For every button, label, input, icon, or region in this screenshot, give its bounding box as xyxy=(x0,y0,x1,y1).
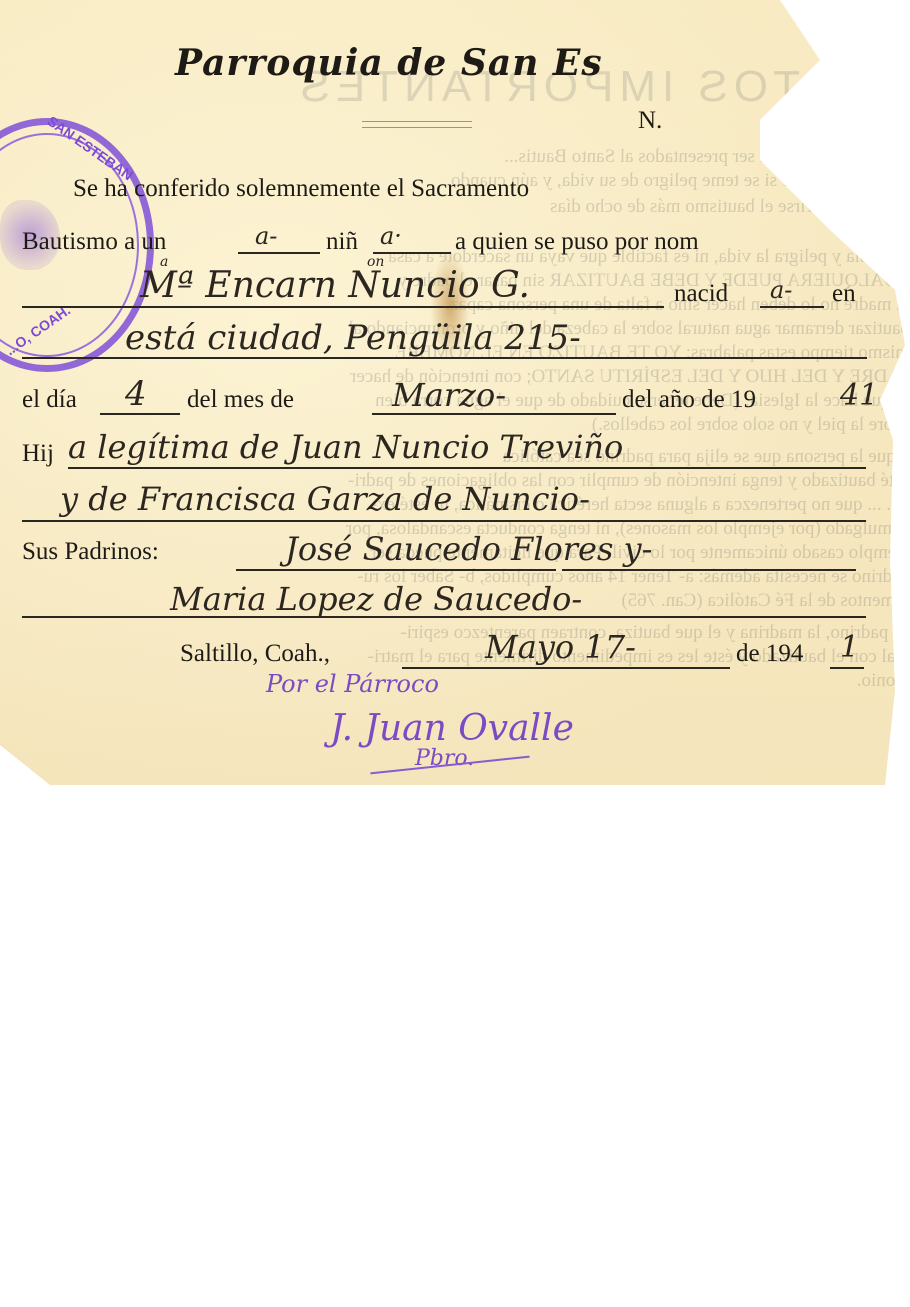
baptism-prefix: Bautismo a un xyxy=(22,228,166,256)
fill-line xyxy=(760,306,824,308)
certificate-number-label: N. xyxy=(638,107,662,135)
name-label: a quien se puso por nom xyxy=(455,228,699,256)
fill-line xyxy=(402,667,730,669)
born-in-label: en xyxy=(832,280,856,308)
header-divider xyxy=(362,121,472,128)
gender-fill-2: a· xyxy=(380,222,402,250)
godparents-label: Sus Padrinos: xyxy=(22,538,159,566)
month-label: del mes de xyxy=(187,386,294,414)
born-label: nacid xyxy=(674,280,728,308)
godparent-1: José Saucedo Flores y- xyxy=(285,530,652,568)
signature-on-behalf: Por el Párroco xyxy=(266,670,439,698)
fill-line xyxy=(373,252,451,254)
birth-day: 4 xyxy=(125,374,147,414)
show-through-line: ...ién nacidos deben ser presentados al … xyxy=(0,146,910,168)
child-name: Mª Encarn Nuncio G. xyxy=(140,265,530,306)
birth-month: Marzo- xyxy=(392,376,506,414)
parish-title: Parroquia de San Es xyxy=(175,42,603,84)
issue-year-suffix: 1 xyxy=(840,630,859,665)
year-label: del año de 19 xyxy=(622,386,756,414)
fill-line xyxy=(236,569,556,571)
fill-line xyxy=(22,357,867,359)
fill-line xyxy=(68,467,866,469)
issue-year-prefix: de 194 xyxy=(736,640,803,668)
certificate-paper: DATOS IMPORTANTES ...ién nacidos deben s… xyxy=(0,0,910,800)
sacrament-line: Se ha conferido solemnemente el Sacramen… xyxy=(73,175,529,203)
fill-line xyxy=(22,616,866,618)
issue-place: Saltillo, Coah., xyxy=(180,640,330,668)
fill-line xyxy=(238,252,320,254)
gender-fill-1: a- xyxy=(255,222,277,250)
birth-year-suffix: 41 xyxy=(840,378,878,413)
parents-line-2: y de Francisca Garza de Nuncio- xyxy=(60,480,590,518)
child-label: niñ xyxy=(326,228,358,256)
fill-line xyxy=(22,520,866,522)
fill-line xyxy=(22,306,664,308)
fill-line xyxy=(562,569,856,571)
child-of-label: Hij xyxy=(22,440,54,468)
birth-place: está ciudad, Pengüila 215- xyxy=(125,318,581,358)
born-gender-fill: a- xyxy=(770,276,792,304)
day-label: el día xyxy=(22,386,77,414)
issue-date: Mayo 17- xyxy=(485,628,636,666)
show-through-line: monio. xyxy=(0,670,910,692)
priest-signature: J. Juan Ovalle xyxy=(330,708,574,749)
fill-line xyxy=(830,667,864,669)
godparent-2: Maria Lopez de Saucedo- xyxy=(170,580,582,618)
parents-line-1: a legítima de Juan Nuncio Treviño xyxy=(68,428,623,466)
